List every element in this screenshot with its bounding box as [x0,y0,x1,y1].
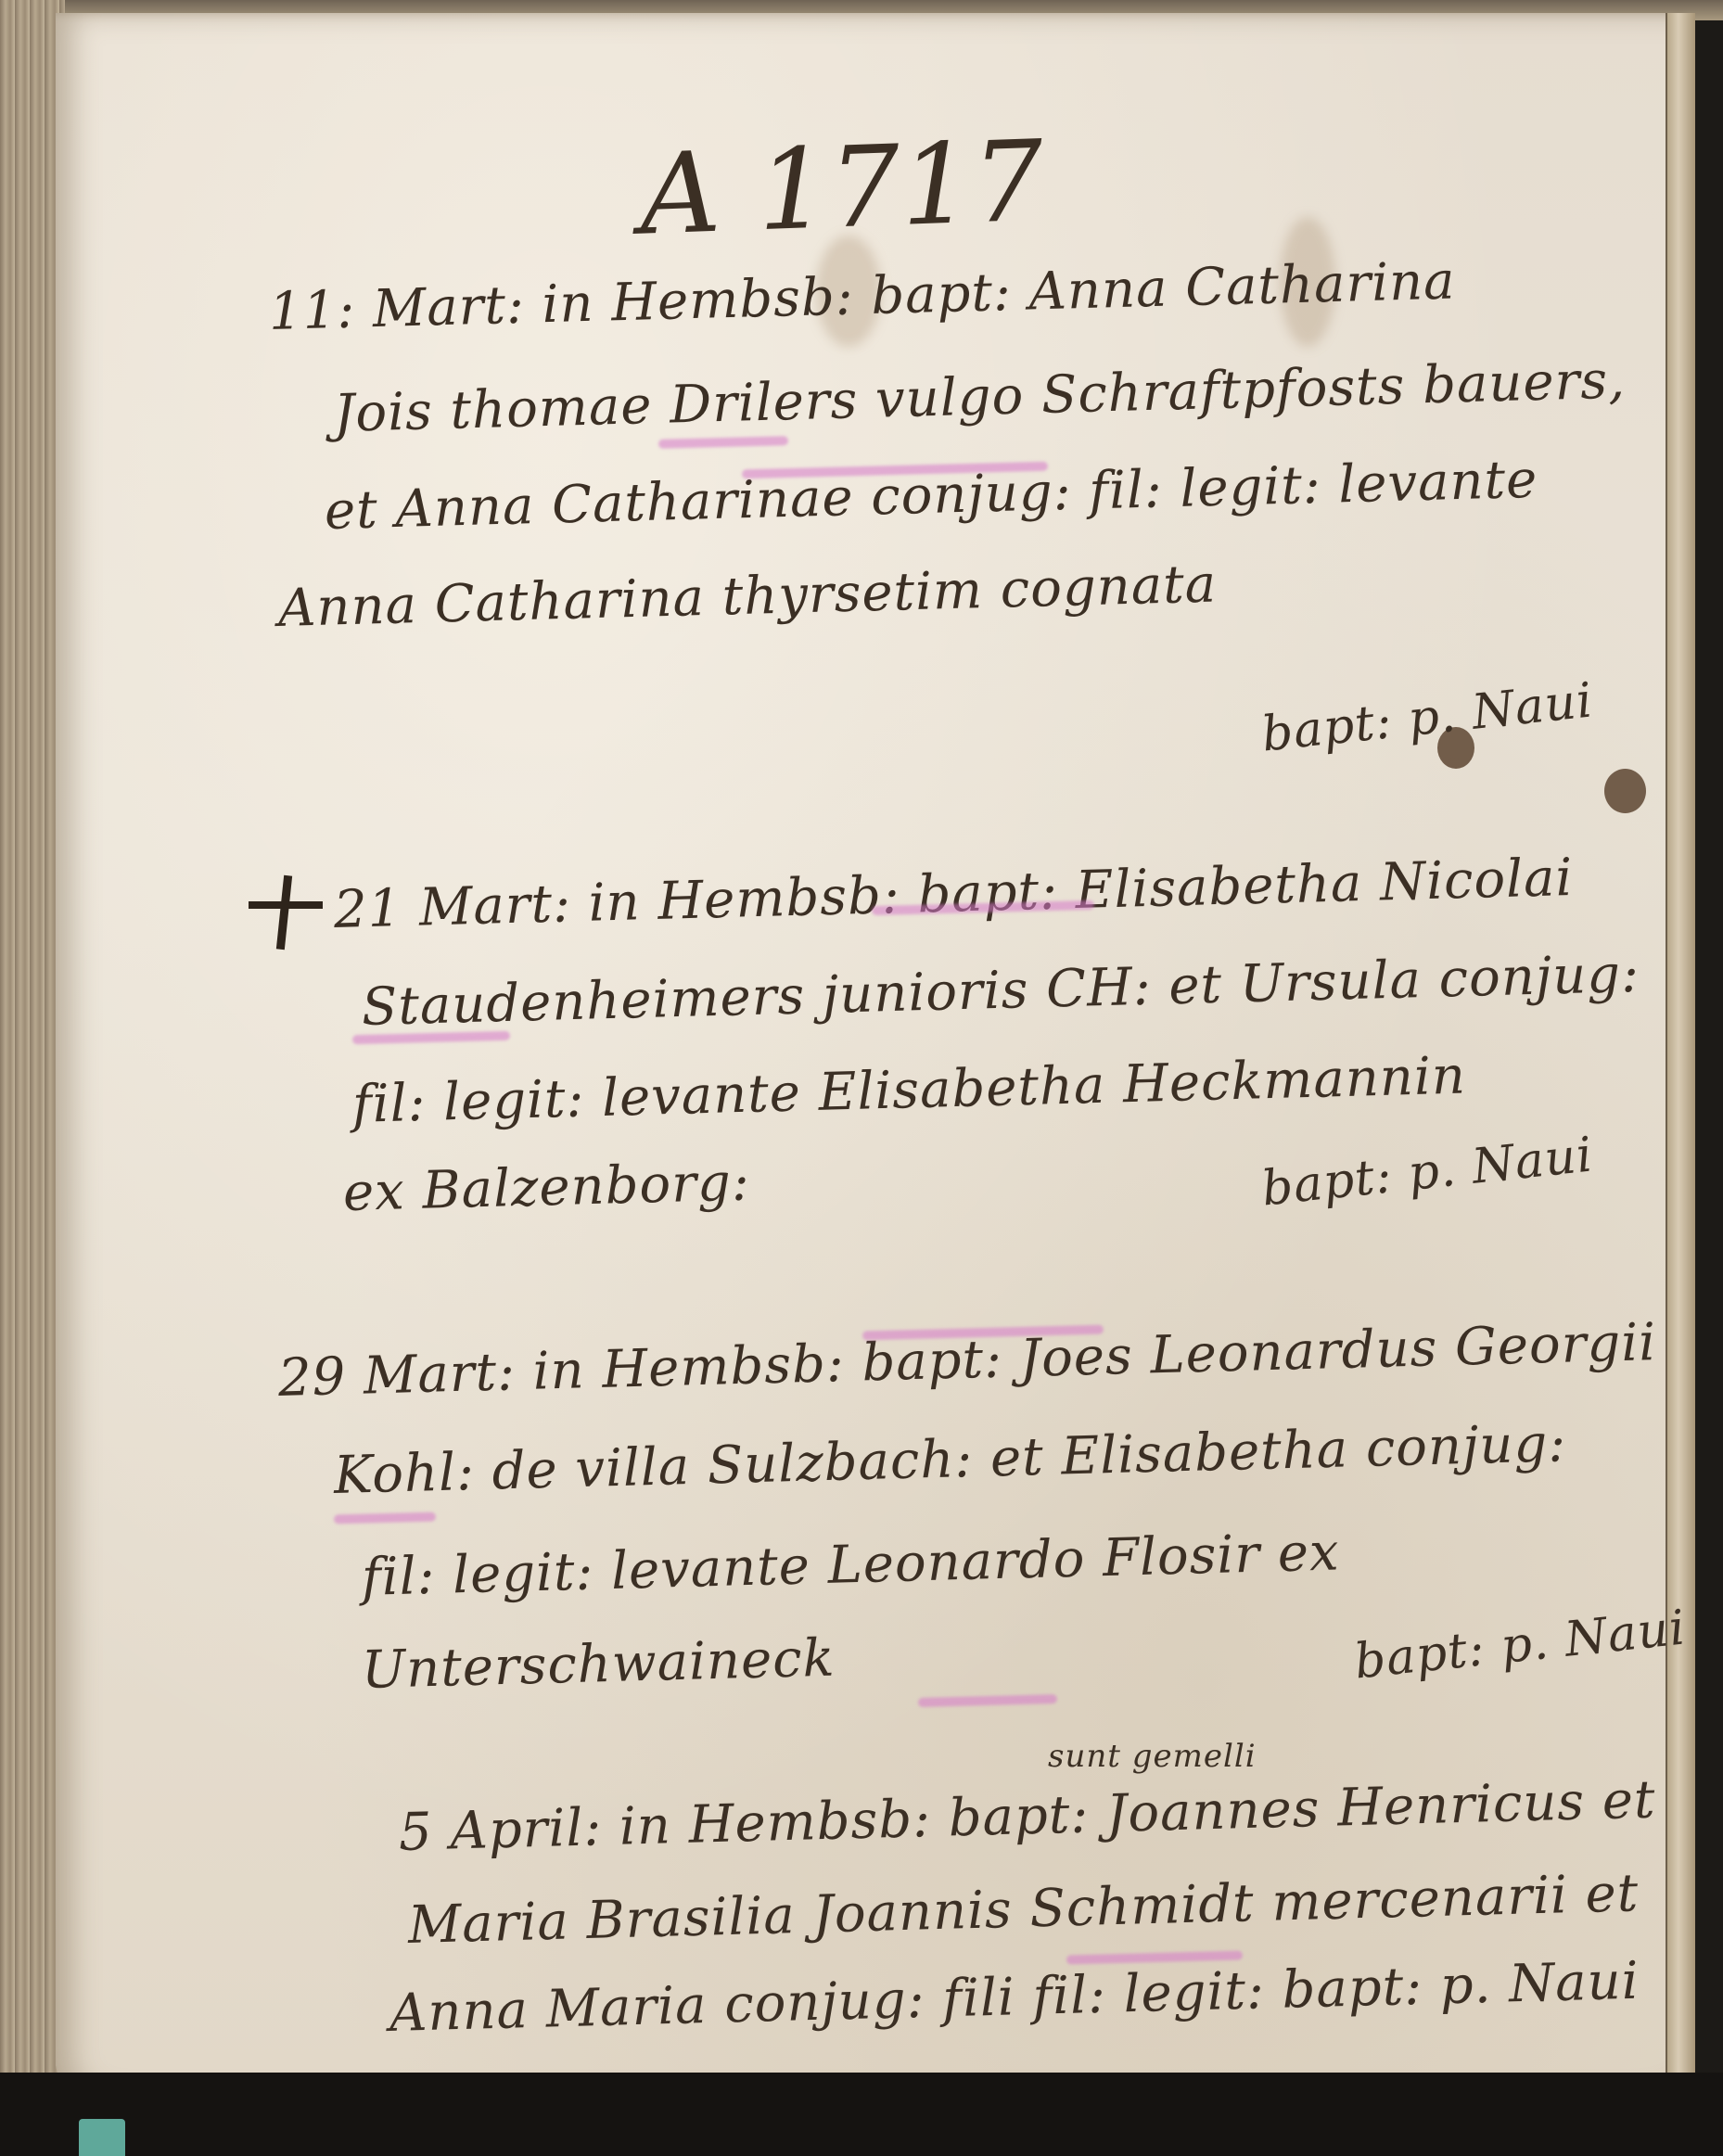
entry-line: Unterschwaineck [361,1628,836,1701]
page-heading-year: A 1717 [638,117,1047,260]
page-right-edge [1666,13,1695,2146]
cross-mark-icon [249,875,323,950]
entry-line: et Anna Catharinae conjug: fil: legit: l… [324,450,1538,542]
entry-line: Anna Catharina thyrsetim cognata [277,555,1218,639]
entry-line: ex Balzenborg: [342,1153,750,1223]
entry-line: Jois thomae Drilers vulgo Schraftpfosts … [333,351,1626,444]
highlight-underline [658,436,788,449]
bookmark-tab [79,2119,125,2156]
entry-line: Kohl: de villa Sulzbach: et Elisabetha c… [333,1413,1567,1506]
ink-blot [1604,769,1646,813]
entry-line: 21 Mart: in Hembsb: bapt: Elisabetha Nic… [333,848,1574,940]
entry-line: Maria Brasilia Joannis Schmidt mercenari… [407,1863,1640,1956]
entry-line: Anna Maria conjug: fili fil: legit: bapt… [389,1951,1640,2044]
entry-line: fil: legit: levante Leonardo Flosir ex [361,1522,1340,1608]
entry-line: 29 Mart: in Hembsb: bapt: Joes Leonardus… [277,1312,1657,1409]
twins-annotation: sunt gemelli [1048,1738,1257,1775]
entry-line: 5 April: in Hembsb: bapt: Joannes Henric… [398,1770,1656,1863]
baptism-signature: bapt: p. Naui [1259,672,1596,762]
highlight-underline [918,1694,1057,1707]
entry-line: Staudenheimers junioris CH: et Ursula co… [361,944,1640,1038]
entry-line: fil: legit: levante Elisabetha Heckmanni… [351,1046,1467,1135]
baptism-signature: bapt: p. Naui [1259,1127,1596,1217]
baptism-signature: bapt: p. Naui [1352,1600,1689,1690]
scanner-background [0,2073,1723,2156]
manuscript-page: A 1717 11: Mart: in Hembsb: bapt: Anna C… [56,13,1695,2099]
highlight-underline [334,1512,436,1525]
